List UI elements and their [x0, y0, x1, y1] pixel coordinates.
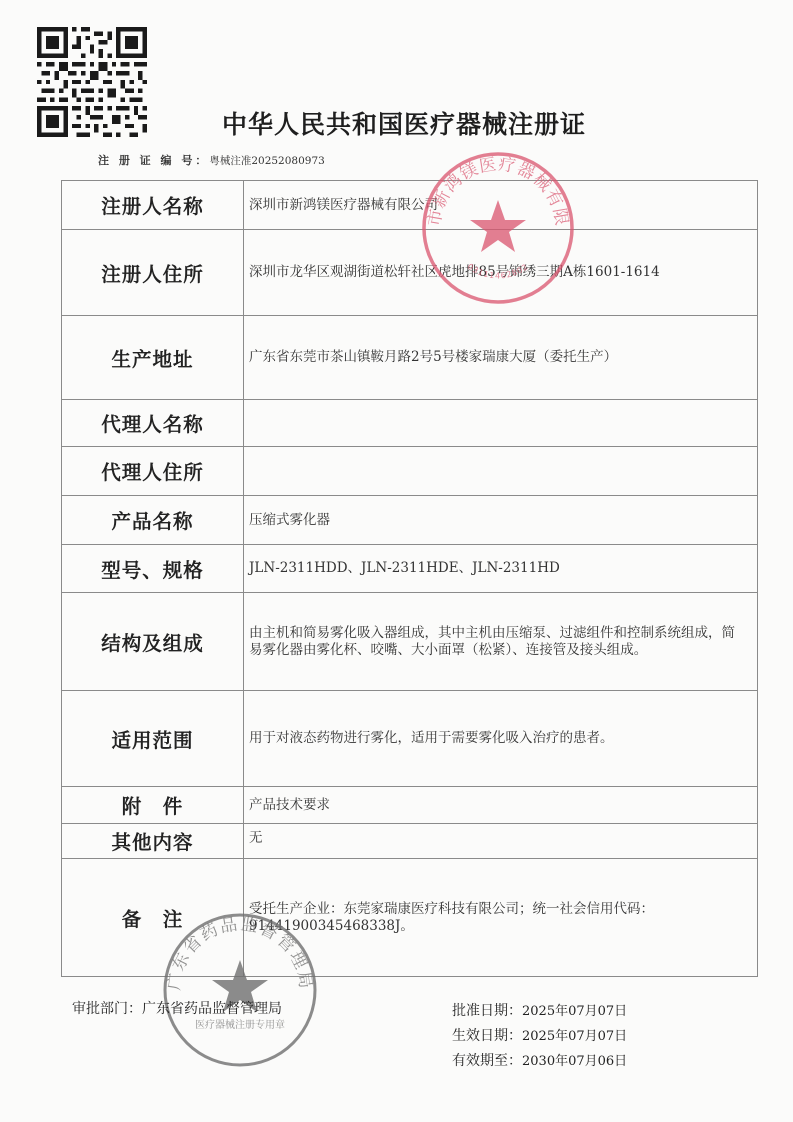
table-row: 附 件 产品技术要求: [62, 787, 758, 824]
registration-number-label: 注 册 证 编 号：: [98, 154, 209, 167]
qr-code-icon: [37, 27, 147, 137]
table-row: 代理人名称: [62, 400, 758, 447]
effective-date-label: 生效日期：: [452, 1028, 522, 1044]
document-title: 中华人民共和国医疗器械注册证: [222, 105, 586, 141]
svg-text:医疗器械注册专用章: 医疗器械注册专用章: [195, 1018, 285, 1031]
table-row: 产品名称 压缩式雾化器: [62, 496, 758, 545]
row-value: [244, 447, 758, 496]
row-label: 注册人名称: [62, 181, 244, 230]
effective-date: 生效日期：2025年07月07日: [452, 1025, 627, 1045]
row-label: 代理人住所: [62, 447, 244, 496]
row-value: 深圳市龙华区观湖街道松轩社区虎地排85号锦绣三期A栋1601-1614: [244, 230, 758, 316]
row-label: 其他内容: [62, 824, 244, 859]
row-value: 压缩式雾化器: [244, 496, 758, 545]
row-label: 备 注: [62, 859, 244, 977]
expiry-date-value: 2030年07月06日: [522, 1054, 627, 1069]
row-label: 结构及组成: [62, 593, 244, 691]
table-row: 代理人住所: [62, 447, 758, 496]
row-value: [244, 400, 758, 447]
effective-date-value: 2025年07月07日: [522, 1029, 627, 1044]
approval-authority: 审批部门：广东省药品监督管理局: [72, 998, 282, 1018]
table-row: 生产地址 广东省东莞市茶山镇鞍月路2号5号楼家瑞康大厦（委托生产）: [62, 316, 758, 400]
row-value: 产品技术要求: [244, 787, 758, 824]
table-row: 其他内容 无: [62, 824, 758, 859]
row-value: JLN-2311HDD、JLN-2311HDE、JLN-2311HD: [244, 545, 758, 593]
table-row: 结构及组成 由主机和简易雾化吸入器组成，其中主机由压缩泵、过滤组件和控制系统组成…: [62, 593, 758, 691]
authority-value: 广东省药品监督管理局: [142, 1001, 282, 1017]
registration-number-value: 粤械注准20252080973: [209, 155, 325, 167]
row-label: 附 件: [62, 787, 244, 824]
row-label: 适用范围: [62, 691, 244, 787]
row-value: 深圳市新鸿镁医疗器械有限公司: [244, 181, 758, 230]
certificate-table: 注册人名称 深圳市新鸿镁医疗器械有限公司 注册人住所 深圳市龙华区观湖街道松轩社…: [61, 180, 758, 977]
table-row: 注册人名称 深圳市新鸿镁医疗器械有限公司: [62, 181, 758, 230]
expiry-date-label: 有效期至：: [452, 1053, 522, 1069]
approval-date: 批准日期：2025年07月07日: [452, 1000, 627, 1020]
approval-date-value: 2025年07月07日: [522, 1004, 627, 1019]
row-value: 由主机和简易雾化吸入器组成，其中主机由压缩泵、过滤组件和控制系统组成，简易雾化器…: [244, 593, 758, 691]
expiry-date: 有效期至：2030年07月06日: [452, 1050, 627, 1070]
row-label: 代理人名称: [62, 400, 244, 447]
row-label: 生产地址: [62, 316, 244, 400]
row-value: 广东省东莞市茶山镇鞍月路2号5号楼家瑞康大厦（委托生产）: [244, 316, 758, 400]
table-row: 注册人住所 深圳市龙华区观湖街道松轩社区虎地排85号锦绣三期A栋1601-161…: [62, 230, 758, 316]
table-row: 适用范围 用于对液态药物进行雾化，适用于需要雾化吸入治疗的患者。: [62, 691, 758, 787]
row-value: 无: [244, 824, 758, 859]
authority-label: 审批部门：: [72, 1001, 142, 1017]
row-label: 注册人住所: [62, 230, 244, 316]
row-label: 产品名称: [62, 496, 244, 545]
registration-number: 注 册 证 编 号：粤械注准20252080973: [98, 152, 325, 168]
approval-date-label: 批准日期：: [452, 1003, 522, 1019]
table-row: 备 注 受托生产企业：东莞家瑞康医疗科技有限公司；统一社会信用代码：914419…: [62, 859, 758, 977]
row-value: 用于对液态药物进行雾化，适用于需要雾化吸入治疗的患者。: [244, 691, 758, 787]
row-label: 型号、规格: [62, 545, 244, 593]
table-row: 型号、规格 JLN-2311HDD、JLN-2311HDE、JLN-2311HD: [62, 545, 758, 593]
row-value: 受托生产企业：东莞家瑞康医疗科技有限公司；统一社会信用代码：9144190034…: [244, 859, 758, 977]
